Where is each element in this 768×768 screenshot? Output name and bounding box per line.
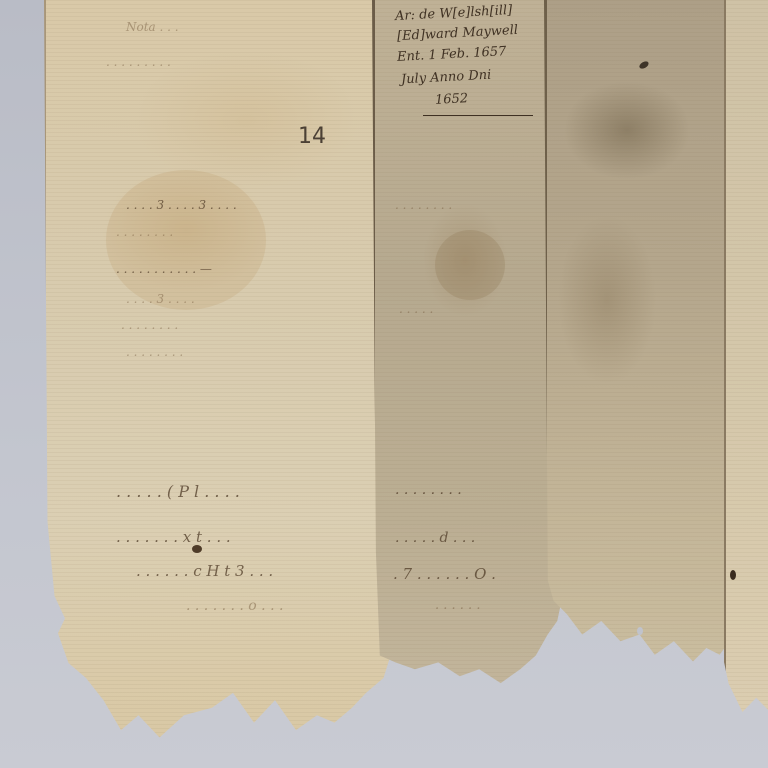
faded-text-line: . . . . . . [435,598,480,613]
docket-line: 1652 [435,91,469,108]
faint-text-line: . . . . . . . . . [106,55,171,69]
hole [637,627,643,635]
docket-underline [423,115,533,116]
faint-text-line: . . . . . [399,302,433,316]
faint-text-line: . . . . 3 . . . . 3 . . . . [126,198,237,212]
faint-text-line: Nota . . . [126,20,179,34]
paper-texture [375,0,567,690]
stained-manuscript-panel [544,0,735,675]
paper-texture [547,0,735,675]
faint-text-line: . . . . . . . . [126,345,183,359]
ink-blot [192,545,202,553]
faded-text-line: . . . . . d . . . [395,530,475,546]
docket-line: [Ed]ward Maywell [397,23,519,44]
faint-text-line: . . . . . . . . [395,198,452,212]
hole [730,570,736,580]
dark-mark [638,60,650,70]
right-edge-panel [724,0,768,712]
faded-text-line: . . . . . . . . [395,482,462,498]
faded-text-line: . . . . . . . x t . . . [116,528,231,546]
faded-text-line: . 7 . . . . . . O . [393,565,496,583]
docket-line: July Anno Dni [401,68,492,88]
faint-text-line: . . . . 3 . . . . [126,292,195,306]
folio-number: 14 [298,124,326,149]
faint-text-line: . . . . . . . . [121,318,178,332]
faint-text-line: . . . . . . . . . . . — [116,262,212,276]
faded-text-line: . . . . . . . o . . . [186,598,283,614]
water-stain [106,170,266,310]
faded-text-line: . . . . . ( P l . . . . [116,482,240,501]
faded-text-line: . . . . . . c H t 3 . . . [136,562,273,580]
paper-texture [46,0,394,745]
water-stain [435,230,505,300]
docket-line: Ar: de W[e]lsh[ill] [395,3,513,24]
paper-texture [726,0,768,712]
middle-manuscript-panel: Ar: de W[e]lsh[ill] [Ed]ward Maywell Ent… [372,0,567,690]
docket-line: Ent. 1 Feb. 1657 [397,44,507,65]
faint-text-line: . . . . . . . . [116,225,173,239]
left-manuscript-panel: Nota . . . . . . . . . . . . 14 . . . . … [44,0,394,745]
